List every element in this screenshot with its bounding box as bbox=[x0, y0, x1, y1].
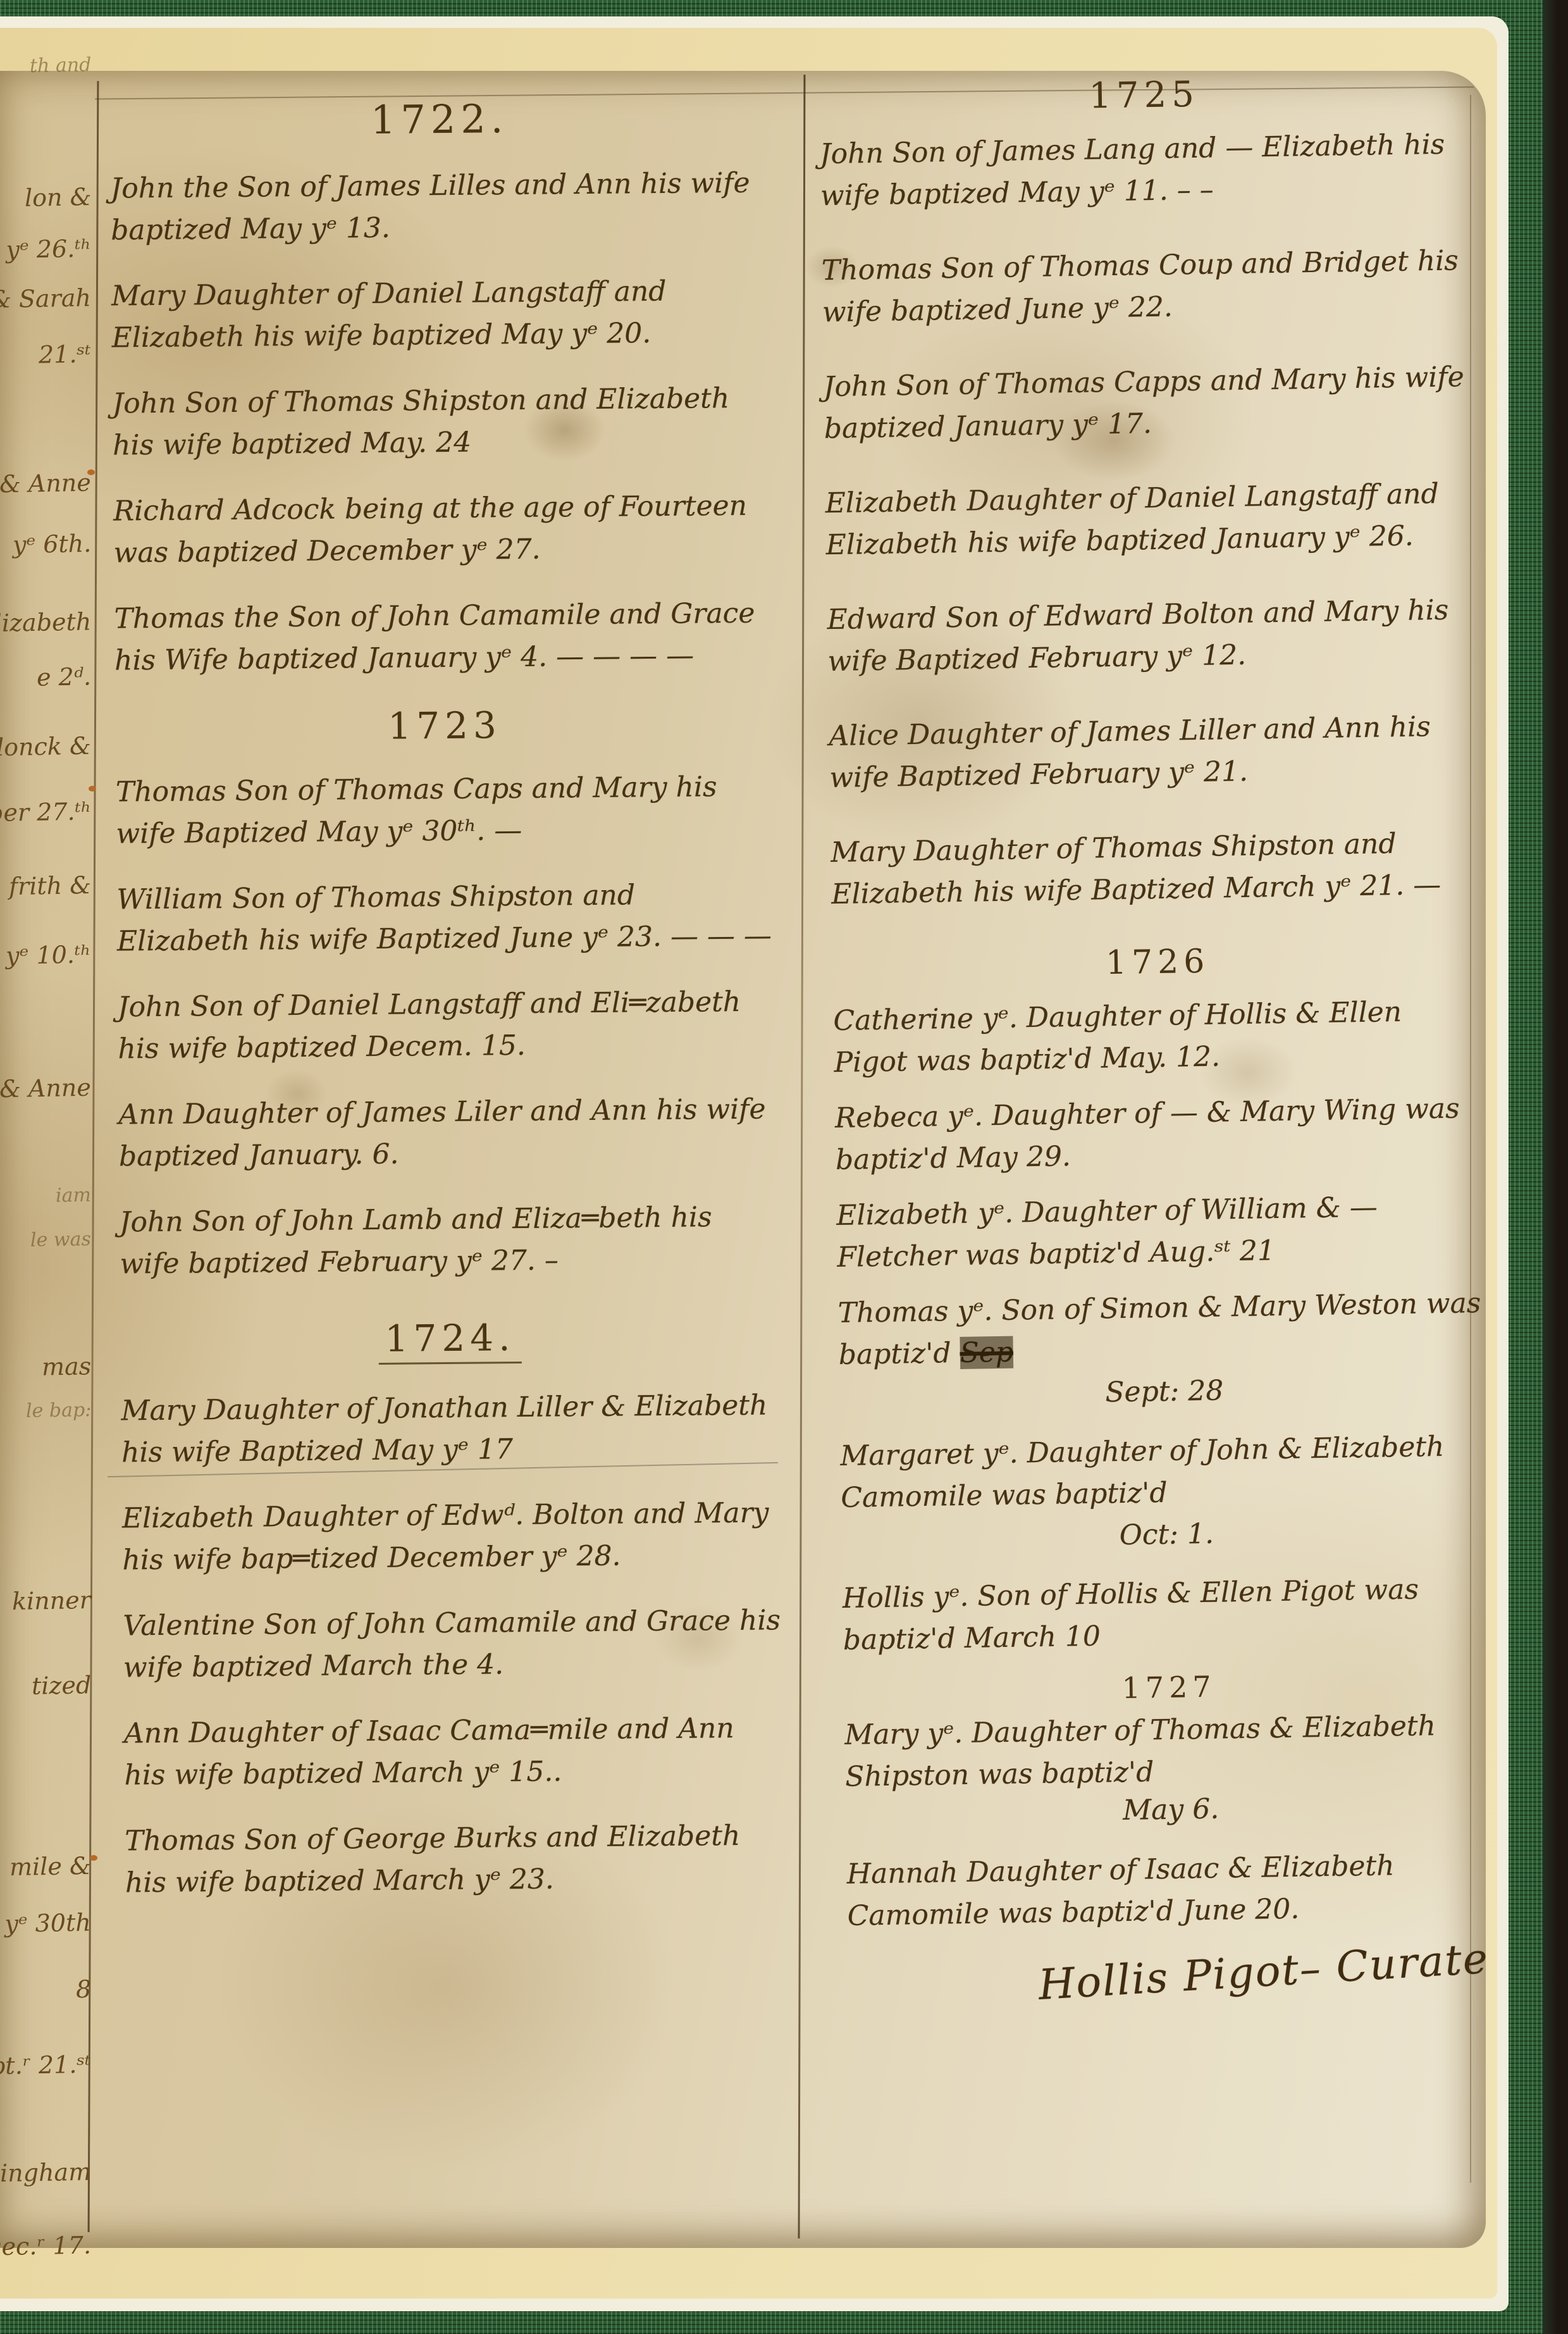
baptism-entry: Hannah Daughter of Isaac & Elizabeth Cam… bbox=[846, 1844, 1498, 1937]
left-column: 1722.John the Son of James Lilles and An… bbox=[109, 94, 784, 1928]
entry-text: John Son of Thomas Shipston and Elizabet… bbox=[112, 382, 729, 462]
entry-text: Elizabeth Daughter of Daniel Langstaff a… bbox=[825, 478, 1439, 561]
entry-text: John Son of James Lang and — Elizabeth h… bbox=[820, 128, 1445, 213]
entry-text: Valentine Son of John Camamile and Grace… bbox=[123, 1604, 781, 1684]
margin-fragment: & Anne bbox=[0, 469, 91, 499]
entry-text: Margaret yᵉ. Daughter of John & Elizabet… bbox=[840, 1431, 1445, 1514]
entry-text: Hannah Daughter of Isaac & Elizabeth Cam… bbox=[846, 1849, 1395, 1932]
baptism-entry: Thomas Son of Thomas Caps and Mary his w… bbox=[116, 766, 775, 855]
entry-text: Ann Daughter of Isaac Cama═mile and Ann … bbox=[124, 1712, 734, 1791]
baptism-entry: Elizabeth Daughter of Daniel Langstaff a… bbox=[825, 473, 1476, 566]
year-label: 1724. bbox=[378, 1316, 522, 1365]
baptism-entry: John Son of Thomas Shipston and Elizabet… bbox=[112, 377, 772, 466]
year-section: 1726Catherine yᵉ. Daughter of Hollis & E… bbox=[832, 938, 1494, 1661]
margin-fragment: yᵉ 6th. bbox=[12, 530, 91, 559]
baptism-entry: Valentine Son of John Camamile and Grace… bbox=[123, 1599, 782, 1689]
baptism-entry: Thomas yᵉ. Son of Simon & Mary Weston wa… bbox=[837, 1282, 1489, 1376]
entry-text: John Son of Daniel Langstaff and Eli═zab… bbox=[118, 986, 741, 1065]
entry-text: Mary Daughter of Daniel Langstaff and El… bbox=[111, 275, 667, 354]
margin-fragment: mile & bbox=[9, 1852, 91, 1881]
entry-text: John Son of John Lamb and Eliza═beth his… bbox=[120, 1201, 712, 1280]
margin-fragment: lon & bbox=[24, 183, 91, 212]
baptism-entry: William Son of Thomas Shipston and Eliza… bbox=[116, 873, 776, 962]
baptism-entry: Thomas Son of George Burks and Elizabeth… bbox=[125, 1815, 784, 1904]
entry-text: Rebeca yᵉ. Daughter of — & Mary Wing was… bbox=[835, 1093, 1460, 1177]
entry-text: Mary yᵉ. Daughter of Thomas & Elizabeth … bbox=[844, 1710, 1436, 1793]
margin-fragment: Elizabeth bbox=[0, 607, 91, 637]
year-section: 1725John Son of James Lang and — Elizabe… bbox=[818, 70, 1482, 916]
year-label: 1727 bbox=[1121, 1670, 1216, 1705]
margin-fragment: Dec.ʳ 17. bbox=[0, 2232, 91, 2261]
year-section: 1727Mary yᵉ. Daughter of Thomas & Elizab… bbox=[844, 1665, 1498, 1937]
entry-text: Hollis yᵉ. Son of Hollis & Ellen Pigot w… bbox=[843, 1574, 1419, 1656]
entry-text: Thomas the Son of John Camamile and Grac… bbox=[114, 597, 755, 677]
margin-fragment: e 2ᵈ. bbox=[37, 662, 92, 691]
struck-text: Sep bbox=[960, 1336, 1013, 1369]
left-margin: th andlon &y yᵉ 26.ᵗʰ& Sarah21.ˢᵗ& Anney… bbox=[0, 0, 94, 2334]
margin-fragment: le bap: bbox=[25, 1399, 91, 1422]
register-page-scan: th andlon &y yᵉ 26.ᵗʰ& Sarah21.ˢᵗ& Anney… bbox=[0, 0, 1568, 2334]
year-section: 1723Thomas Son of Thomas Caps and Mary h… bbox=[115, 701, 779, 1285]
baptism-entry: Elizabeth Daughter of Edwᵈ. Bolton and M… bbox=[122, 1492, 782, 1581]
baptism-entry: Mary Daughter of Daniel Langstaff and El… bbox=[111, 270, 771, 359]
entry-text: Edward Son of Edward Bolton and Mary his… bbox=[827, 594, 1448, 678]
entry-text: William Son of Thomas Shipston and Eliza… bbox=[116, 879, 772, 957]
entry-text: Ann Daughter of James Liler and Ann his … bbox=[118, 1093, 766, 1173]
entry-text: Elizabeth yᵉ. Daughter of William & — Fl… bbox=[836, 1191, 1378, 1274]
entry-text: Thomas yᵉ. Son of Simon & Mary Weston wa… bbox=[837, 1287, 1481, 1371]
margin-fragment: iam bbox=[56, 1184, 92, 1207]
margin-fragment: ay yᵉ 10.ᵗʰ bbox=[0, 940, 91, 970]
margin-fragment: 21.ˢᵗ bbox=[39, 340, 91, 368]
baptism-entry: John Son of Thomas Capps and Mary his wi… bbox=[823, 356, 1474, 450]
baptism-entry: Elizabeth yᵉ. Daughter of William & — Fl… bbox=[836, 1185, 1488, 1279]
margin-fragment: th and bbox=[29, 54, 91, 77]
baptism-entry: Mary yᵉ. Daughter of Thomas & Elizabeth … bbox=[844, 1704, 1496, 1798]
year-label: 1723 bbox=[388, 704, 502, 748]
baptism-entry: Edward Son of Edward Bolton and Mary his… bbox=[827, 589, 1478, 683]
year-label: 1725 bbox=[1089, 74, 1200, 117]
year-header: 1724. bbox=[120, 1313, 780, 1362]
entry-text: Alice Daughter of James Liller and Ann h… bbox=[829, 711, 1431, 794]
baptism-entry: Thomas Son of Thomas Coup and Bridget hi… bbox=[821, 240, 1472, 333]
margin-fragment: kinner bbox=[12, 1586, 92, 1615]
margin-fragment: il yᵉ 30th bbox=[0, 1908, 91, 1938]
right-column: 1725John Son of James Lang and — Elizabe… bbox=[818, 70, 1499, 2002]
baptism-entry: Alice Daughter of James Liller and Ann h… bbox=[829, 705, 1480, 799]
margin-fragment: le was bbox=[30, 1228, 91, 1251]
baptism-entry: Ann Daughter of James Liler and Ann his … bbox=[118, 1088, 778, 1177]
margin-fragment: & Sarah bbox=[0, 284, 91, 314]
baptism-entry: John the Son of James Lilles and Ann his… bbox=[110, 163, 770, 252]
entry-text: John the Son of James Lilles and Ann his… bbox=[110, 167, 750, 247]
margin-fragment: 8 bbox=[75, 1975, 91, 2003]
year-label: 1726 bbox=[1106, 943, 1210, 983]
margin-fragment: lonck & bbox=[0, 732, 91, 762]
margin-fragment: frith & bbox=[9, 871, 92, 900]
baptism-entry: Richard Adcock being at the age of Fourt… bbox=[113, 485, 773, 574]
baptism-entry: John Son of John Lamb and Eliza═beth his… bbox=[120, 1196, 779, 1285]
entry-text: John Son of Thomas Capps and Mary his wi… bbox=[823, 361, 1464, 445]
margin-fragment: tized bbox=[31, 1671, 91, 1700]
entry-text: Thomas Son of Thomas Caps and Mary his w… bbox=[116, 771, 717, 850]
entry-text: Thomas Son of George Burks and Elizabeth… bbox=[125, 1820, 740, 1899]
baptism-entry: John Son of Daniel Langstaff and Eli═zab… bbox=[118, 981, 777, 1070]
margin-fragment: mas bbox=[41, 1352, 91, 1381]
margin-fragment: mber 27.ᵗʰ bbox=[0, 797, 91, 827]
year-header: 1723 bbox=[115, 701, 775, 750]
entry-text: Richard Adcock being at the age of Fourt… bbox=[113, 490, 747, 569]
margin-fragment: y yᵉ 26.ᵗʰ bbox=[0, 235, 91, 264]
baptism-entry: Mary Daughter of Thomas Shipston and Eli… bbox=[830, 822, 1482, 916]
baptism-entry: Thomas the Son of John Camamile and Grac… bbox=[114, 592, 774, 681]
entry-text: Elizabeth Daughter of Edwᵈ. Bolton and M… bbox=[122, 1497, 769, 1577]
baptism-entry: John Son of James Lang and — Elizabeth h… bbox=[820, 123, 1471, 217]
year-header: 1726 bbox=[832, 938, 1483, 986]
baptism-entry: Hollis yᵉ. Son of Hollis & Ellen Pigot w… bbox=[842, 1568, 1493, 1661]
entry-text: Mary Daughter of Jonathan Liller & Eliza… bbox=[121, 1389, 767, 1469]
margin-fragment: pt.ʳ 21.ˢᵗ bbox=[0, 2051, 91, 2080]
entry-text: Catherine yᵉ. Daughter of Hollis & Ellen… bbox=[833, 996, 1402, 1079]
entry-text: Mary Daughter of Thomas Shipston and Eli… bbox=[830, 828, 1441, 910]
baptism-entry: Ann Daughter of Isaac Cama═mile and Ann … bbox=[124, 1707, 784, 1796]
margin-fragment: & Anne bbox=[0, 1074, 91, 1103]
baptism-entry: Margaret yᵉ. Daughter of John & Elizabet… bbox=[840, 1425, 1491, 1518]
year-section: 1722.John the Son of James Lilles and An… bbox=[109, 94, 774, 682]
year-label: 1722. bbox=[371, 96, 509, 143]
year-header: 1722. bbox=[109, 94, 769, 146]
baptism-entry: Mary Daughter of Jonathan Liller & Eliza… bbox=[121, 1384, 781, 1474]
baptism-entry: Catherine yᵉ. Daughter of Hollis & Ellen… bbox=[833, 990, 1485, 1084]
year-section: 1724.Mary Daughter of Jonathan Liller & … bbox=[120, 1313, 784, 1904]
margin-fragment: kingham bbox=[0, 2158, 91, 2188]
year-header: 1727 bbox=[844, 1665, 1495, 1710]
shadow-edge bbox=[1543, 0, 1568, 2334]
entry-text: Thomas Son of Thomas Coup and Bridget hi… bbox=[822, 244, 1459, 328]
baptism-entry: Rebeca yᵉ. Daughter of — & Mary Wing was… bbox=[834, 1088, 1486, 1181]
